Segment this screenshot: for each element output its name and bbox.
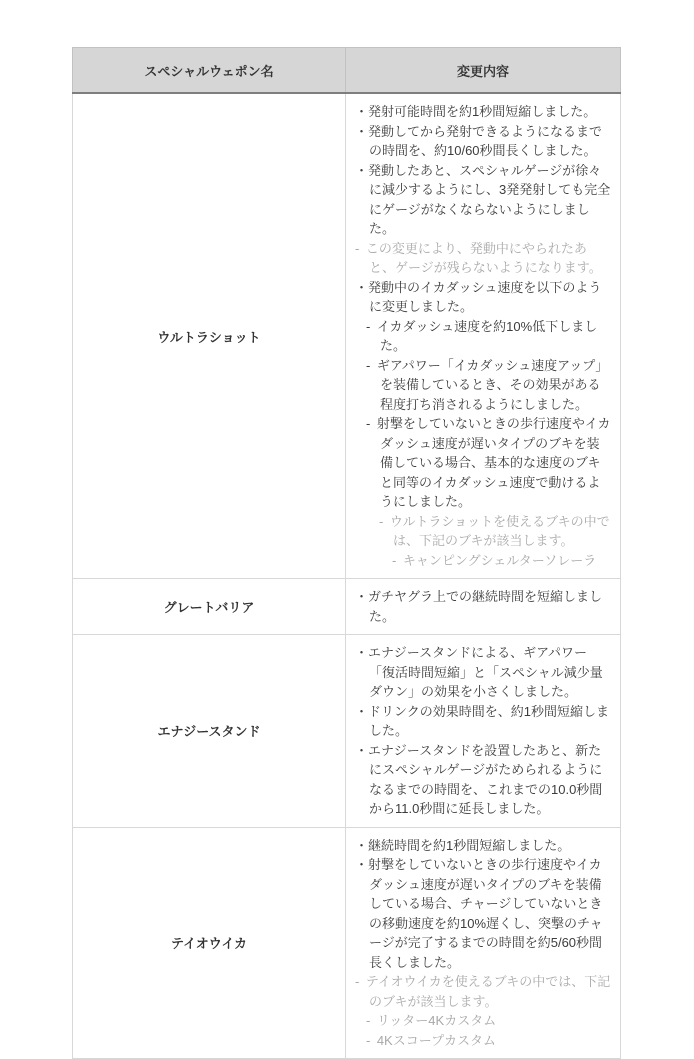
header-row: スペシャルウェポン名 変更内容 (73, 48, 621, 94)
change-item: ・ドリンクの効果時間を、約1秒間短縮しました。 (355, 702, 611, 741)
change-item: ・エナジースタンドを設置したあと、新たにスペシャルゲージがためられるようになるま… (355, 741, 611, 819)
change-item: - ギアパワー「イカダッシュ速度アップ」を装備しているとき、その効果がある程度打… (366, 356, 611, 415)
change-item: - リッター4Kカスタム (366, 1011, 611, 1031)
change-item: - この変更により、発動中にやられたあと、ゲージが残らないようになります。 (355, 239, 611, 278)
table-row: グレートバリア・ガチヤグラ上での継続時間を短縮しました。 (73, 579, 621, 635)
weapon-name-cell: ウルトラショット (73, 93, 346, 579)
change-item: ・射撃をしていないときの歩行速度やイカダッシュ速度が遅いタイプのブキを装備してい… (355, 855, 611, 972)
change-item: ・発動してから発射できるようになるまでの時間を、約10/60秒間長くしました。 (355, 122, 611, 161)
change-item: ・発射可能時間を約1秒間短縮しました。 (355, 102, 611, 122)
change-item: - ウルトラショットを使えるブキの中では、下記のブキが該当します。 (379, 512, 611, 551)
change-item: ・発動したあと、スペシャルゲージが徐々に減少するようにし、3発発射しても完全にゲ… (355, 161, 611, 239)
weapon-name-cell: グレートバリア (73, 579, 346, 635)
weapon-name-cell: エナジースタンド (73, 635, 346, 828)
table-row: エナジースタンド・エナジースタンドによる、ギアパワー「復活時間短縮」と「スペシャ… (73, 635, 621, 828)
change-details-cell: ・エナジースタンドによる、ギアパワー「復活時間短縮」と「スペシャル減少量ダウン」… (346, 635, 621, 828)
change-item: ・発動中のイカダッシュ速度を以下のように変更しました。 (355, 278, 611, 317)
table-row: ウルトラショット・発射可能時間を約1秒間短縮しました。・発動してから発射できるよ… (73, 93, 621, 579)
special-weapon-changes-table: スペシャルウェポン名 変更内容 ウルトラショット・発射可能時間を約1秒間短縮しま… (72, 47, 621, 1059)
change-details-cell: ・発射可能時間を約1秒間短縮しました。・発動してから発射できるようになるまでの時… (346, 93, 621, 579)
change-item: ・ガチヤグラ上での継続時間を短縮しました。 (355, 587, 611, 626)
column-header-change-details: 変更内容 (346, 48, 621, 94)
change-item: - イカダッシュ速度を約10%低下しました。 (366, 317, 611, 356)
change-item: - 4Kスコープカスタム (366, 1031, 611, 1051)
change-item: ・継続時間を約1秒間短縮しました。 (355, 836, 611, 856)
change-details-cell: ・ガチヤグラ上での継続時間を短縮しました。 (346, 579, 621, 635)
change-item: - キャンピングシェルターソレーラ (392, 551, 611, 571)
change-item: - テイオウイカを使えるブキの中では、下記のブキが該当します。 (355, 972, 611, 1011)
column-header-weapon-name: スペシャルウェポン名 (73, 48, 346, 94)
change-item: ・エナジースタンドによる、ギアパワー「復活時間短縮」と「スペシャル減少量ダウン」… (355, 643, 611, 702)
document-page: スペシャルウェポン名 変更内容 ウルトラショット・発射可能時間を約1秒間短縮しま… (72, 47, 620, 1059)
change-item: - 射撃をしていないときの歩行速度やイカダッシュ速度が遅いタイプのブキを装備して… (366, 414, 611, 512)
